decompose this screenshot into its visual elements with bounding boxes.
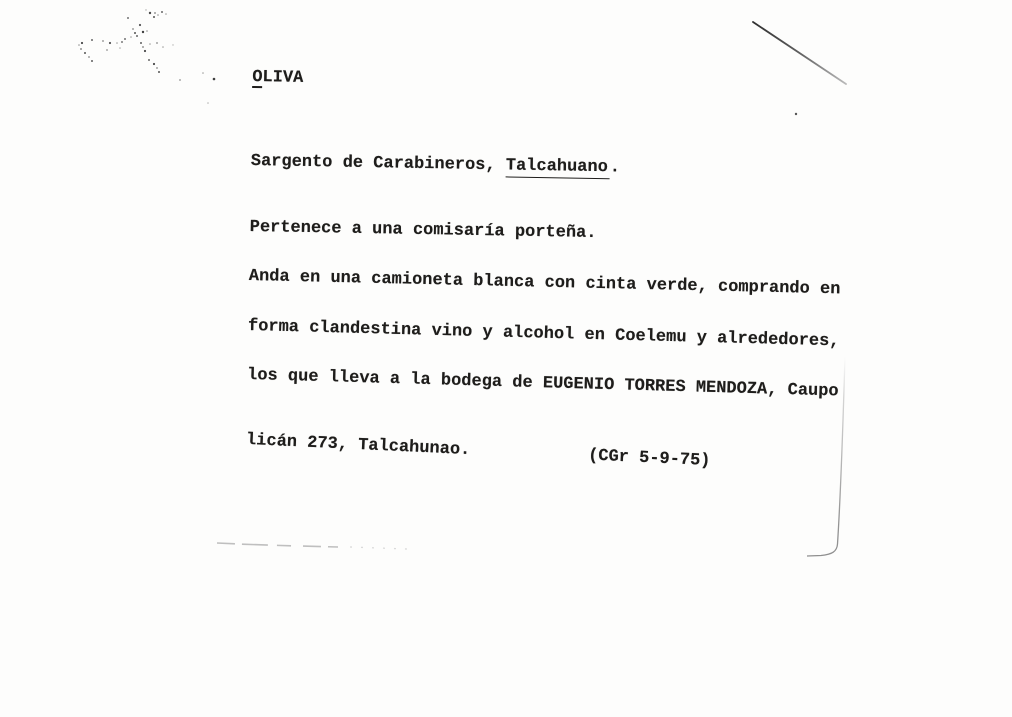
reference-code: (CGr 5-9-75) (588, 449, 711, 471)
role-line-suffix: . (610, 159, 621, 178)
role-line-prefix: Sargento de Carabineros, (251, 152, 506, 175)
body-line: los que lleva a la bodega de EUGENIO TOR… (247, 368, 839, 401)
address-text: licán 273, Talcahunao. (246, 433, 471, 460)
card-title-initial: O (252, 70, 263, 89)
body-line: Pertenece a una comisaría porteña. (250, 220, 842, 247)
body-line: Anda en una camioneta blanca con cinta v… (249, 269, 841, 299)
crease-line (217, 543, 338, 547)
body-line-last: licán 273, Talcahunao.(CGr 5-9-75) (246, 433, 838, 476)
card-title-rest: LIVA (262, 68, 303, 88)
body-line: forma clandestina vino y alcohol en Coel… (248, 318, 840, 350)
crease-line-faint (350, 547, 407, 549)
typewritten-text-block: OLIVA Sargento de Carabineros, Talcahuan… (246, 37, 845, 476)
place-name-underlined: Talcahuano (506, 157, 610, 180)
role-line: Sargento de Carabineros, Talcahuano. (251, 154, 843, 181)
card-title: OLIVA (252, 70, 844, 99)
